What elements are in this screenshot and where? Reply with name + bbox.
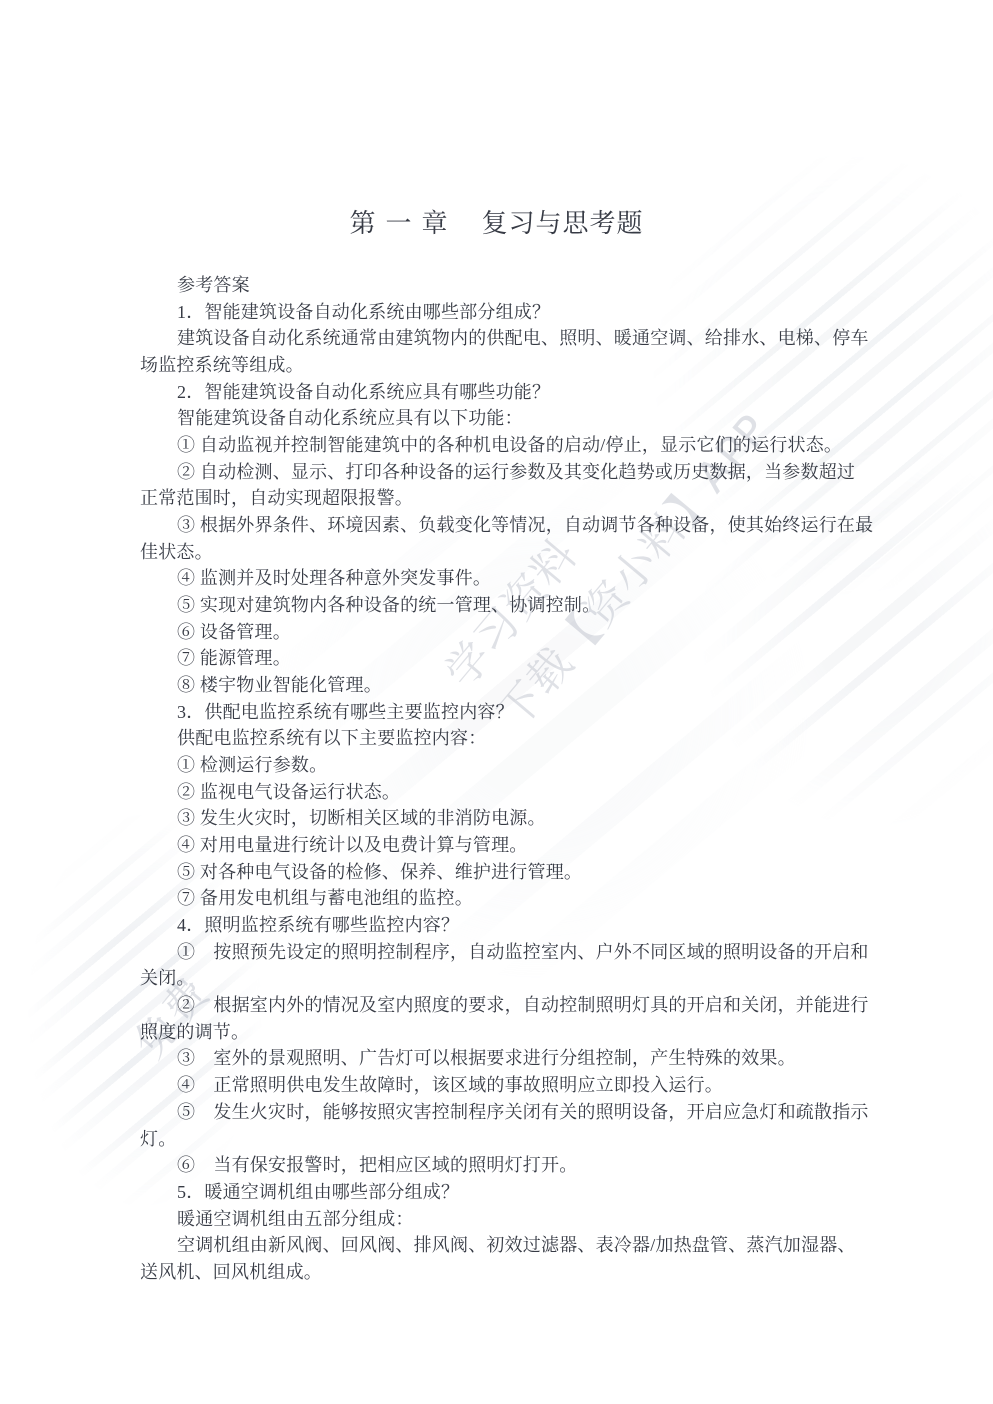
text-line: ⑦ 能源管理。	[140, 645, 970, 672]
text-line: 5．暖通空调机组由哪些部分组成？	[140, 1179, 970, 1206]
text-line: ③ 发生火灾时，切断相关区域的非消防电源。	[140, 805, 970, 832]
text-line: 送风机、回风机组成。	[140, 1259, 970, 1286]
text-line: ① 自动监视并控制智能建筑中的各种机电设备的启动/停止，显示它们的运行状态。	[140, 432, 970, 459]
text-line: 暖通空调机组由五部分组成：	[140, 1206, 970, 1233]
text-line: 3．供配电监控系统有哪些主要监控内容？	[140, 699, 970, 726]
text-line: 1．智能建筑设备自动化系统由哪些部分组成？	[140, 299, 970, 326]
text-line: ⑧ 楼宇物业智能化管理。	[140, 672, 970, 699]
text-line: 关闭。	[140, 965, 970, 992]
text-line: 正常范围时，自动实现超限报警。	[140, 485, 970, 512]
text-line: ⑦ 备用发电机组与蓄电池组的监控。	[140, 885, 970, 912]
text-line: ⑤ 发生火灾时，能够按照灾害控制程序关闭有关的照明设备，开启应急灯和疏散指示	[140, 1099, 970, 1126]
text-line: 灯。	[140, 1126, 970, 1153]
text-line: 供配电监控系统有以下主要监控内容：	[140, 725, 970, 752]
text-line: ② 监视电气设备运行状态。	[140, 779, 970, 806]
text-line: 智能建筑设备自动化系统应具有以下功能：	[140, 405, 970, 432]
text-line: ⑥ 当有保安报警时，把相应区域的照明灯打开。	[140, 1152, 970, 1179]
text-line: ① 按照预先设定的照明控制程序，自动监控室内、户外不同区域的照明设备的开启和	[140, 939, 970, 966]
chapter-number: 第一章	[349, 209, 457, 238]
text-line: ⑤ 对各种电气设备的检修、保养、维护进行管理。	[140, 859, 970, 886]
text-line: ③ 根据外界条件、环境因素、负载变化等情况，自动调节各种设备，使其始终运行在最	[140, 512, 970, 539]
text-line: 2．智能建筑设备自动化系统应具有哪些功能？	[140, 379, 970, 406]
chapter-title-text: 复习与思考题	[482, 209, 644, 238]
text-line: ④ 正常照明供电发生故障时，该区域的事故照明应立即投入运行。	[140, 1072, 970, 1099]
text-line: 参考答案	[140, 272, 970, 299]
text-line: 照度的调节。	[140, 1019, 970, 1046]
text-line: 场监控系统等组成。	[140, 352, 970, 379]
text-line: ④ 对用电量进行统计以及电费计算与管理。	[140, 832, 970, 859]
text-line: ② 自动检测、显示、打印各种设备的运行参数及其变化趋势或历史数据，当参数超过	[140, 459, 970, 486]
text-line: 空调机组由新风阀、回风阀、排风阀、初效过滤器、表冷器/加热盘管、蒸汽加湿器、	[140, 1232, 970, 1259]
text-line: ⑥ 设备管理。	[140, 619, 970, 646]
document-page: 免费 学习资料 下载【资小料】APP 第一章复习与思考题 参考答案1．智能建筑设…	[0, 0, 993, 1404]
text-line: 建筑设备自动化系统通常由建筑物内的供配电、照明、暖通空调、给排水、电梯、停车	[140, 325, 970, 352]
answers-body: 参考答案1．智能建筑设备自动化系统由哪些部分组成？建筑设备自动化系统通常由建筑物…	[140, 272, 970, 1286]
text-line: ⑤ 实现对建筑物内各种设备的统一管理、协调控制。	[140, 592, 970, 619]
text-line: ① 检测运行参数。	[140, 752, 970, 779]
text-line: ④ 监测并及时处理各种意外突发事件。	[140, 565, 970, 592]
text-line: 4．照明监控系统有哪些监控内容？	[140, 912, 970, 939]
chapter-title: 第一章复习与思考题	[0, 203, 993, 240]
text-line: 佳状态。	[140, 539, 970, 566]
text-line: ② 根据室内外的情况及室内照度的要求，自动控制照明灯具的开启和关闭，并能进行	[140, 992, 970, 1019]
text-line: ③ 室外的景观照明、广告灯可以根据要求进行分组控制，产生特殊的效果。	[140, 1045, 970, 1072]
